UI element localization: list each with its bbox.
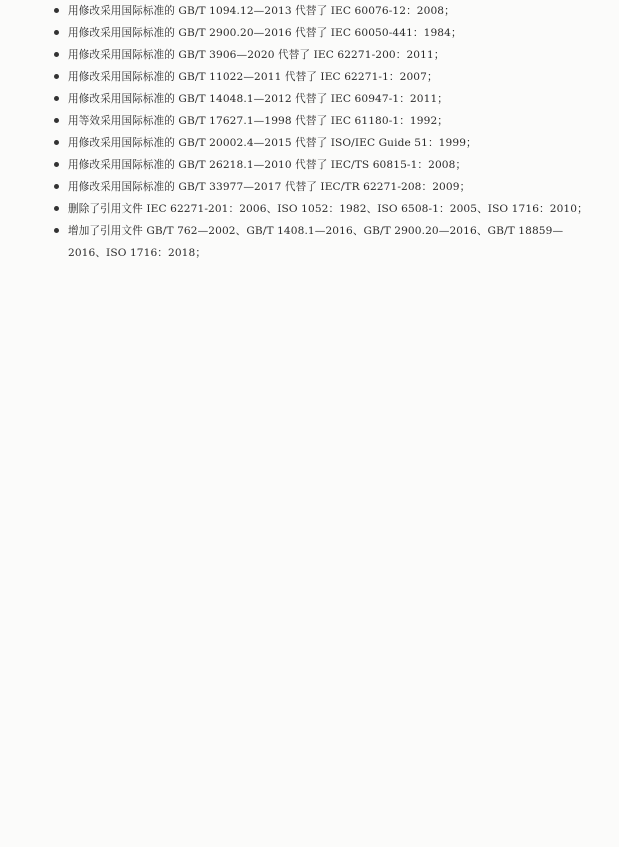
bullet-item: 用修改采用国际标准的 GB/T 3906—2020 代替了 IEC 62271-… — [68, 48, 445, 62]
bullet-icon — [54, 184, 59, 189]
bullet-icon — [54, 30, 59, 35]
bullet-item: 用修改采用国际标准的 GB/T 2900.20—2016 代替了 IEC 600… — [68, 26, 462, 40]
bullet-icon — [54, 74, 59, 79]
bullet-item-continuation: 2016、ISO 1716：2018； — [68, 246, 206, 260]
bullet-icon — [54, 140, 59, 145]
document-page: 用修改采用国际标准的 GB/T 1094.12—2013 代替了 IEC 600… — [0, 0, 619, 847]
bullet-item: 增加了引用文件 GB/T 762—2002、GB/T 1408.1—2016、G… — [68, 224, 563, 238]
bullet-item: 用修改采用国际标准的 GB/T 14048.1—2012 代替了 IEC 609… — [68, 92, 448, 106]
bullet-icon — [54, 206, 59, 211]
bullet-item: 删除了引用文件 IEC 62271-201：2006、ISO 1052：1982… — [68, 202, 588, 216]
bullet-icon — [54, 118, 59, 123]
bullet-item: 用修改采用国际标准的 GB/T 20002.4—2015 代替了 ISO/IEC… — [68, 136, 477, 150]
bullet-item: 用修改采用国际标准的 GB/T 33977—2017 代替了 IEC/TR 62… — [68, 180, 470, 194]
bullet-item: 用修改采用国际标准的 GB/T 26218.1—2010 代替了 IEC/TS … — [68, 158, 466, 172]
bullet-icon — [54, 8, 59, 13]
bullet-icon — [54, 162, 59, 167]
bullet-item: 用修改采用国际标准的 GB/T 11022—2011 代替了 IEC 62271… — [68, 70, 438, 84]
bullet-icon — [54, 228, 59, 233]
bullet-icon — [54, 96, 59, 101]
bullet-item: 用修改采用国际标准的 GB/T 1094.12—2013 代替了 IEC 600… — [68, 4, 455, 18]
bullet-item: 用等效采用国际标准的 GB/T 17627.1—1998 代替了 IEC 611… — [68, 114, 448, 128]
bullet-icon — [54, 52, 59, 57]
